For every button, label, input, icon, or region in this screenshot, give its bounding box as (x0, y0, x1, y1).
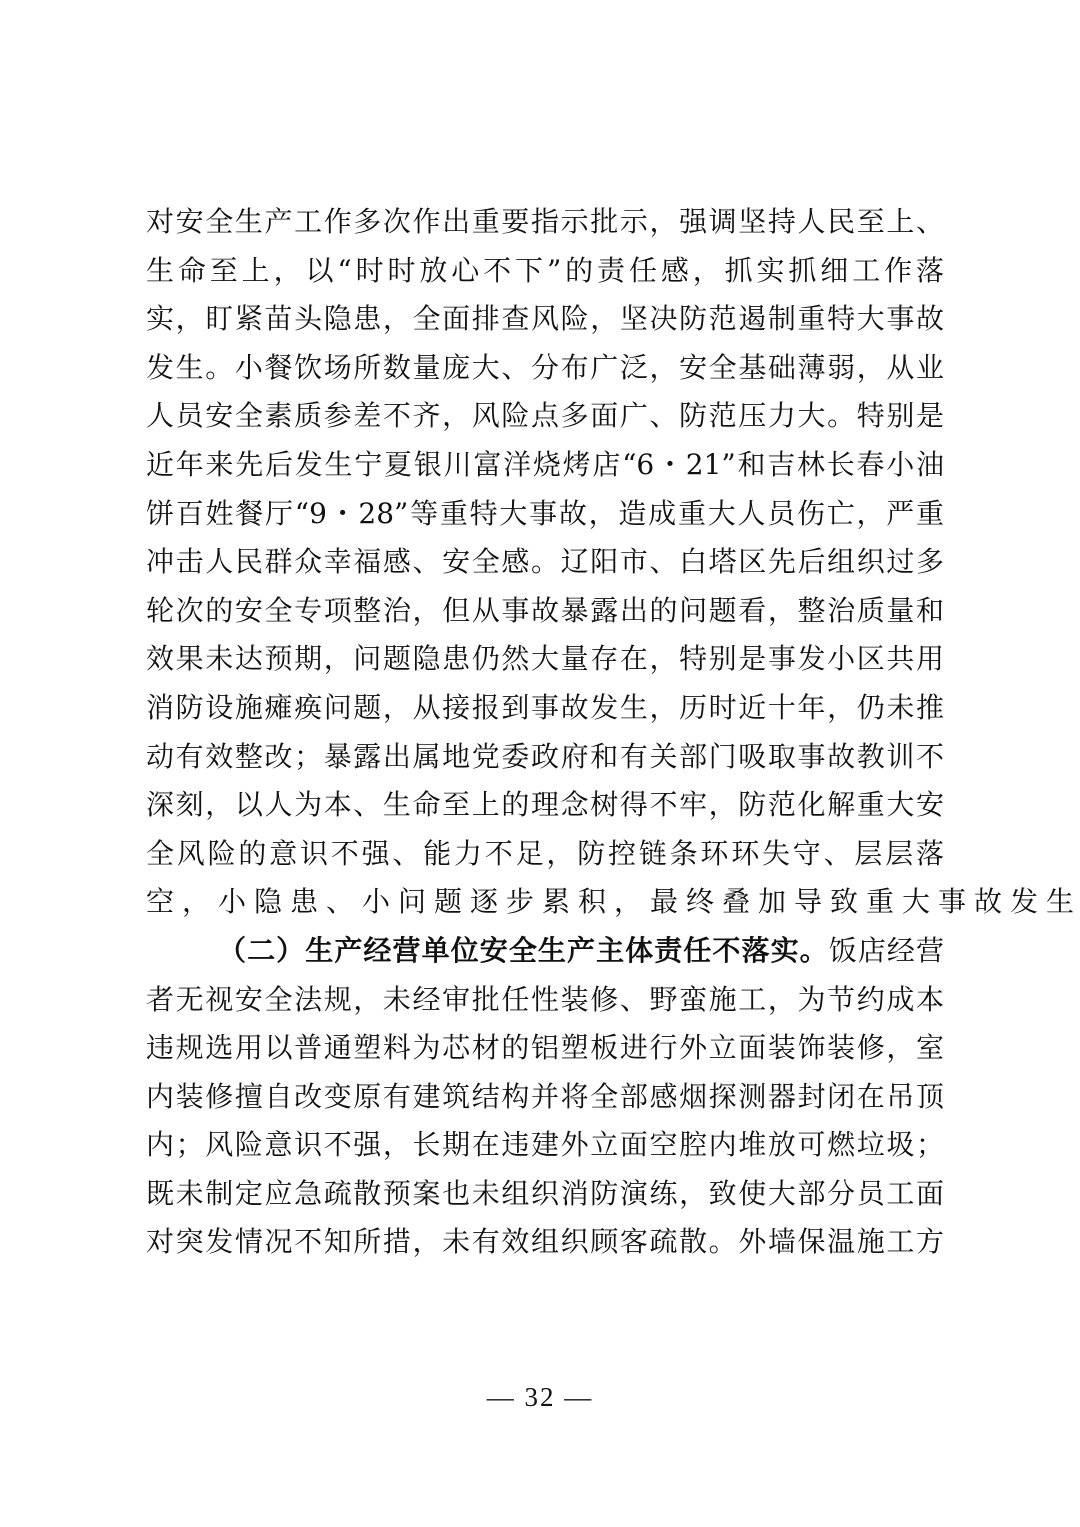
text-line: 近年来先后发生宁夏银川富洋烧烤店“6・21”和吉林长春小油 (146, 441, 944, 490)
section-heading: （二）生产经营单位安全生产主体责任不落实。 (218, 934, 829, 967)
text-line: 对安全生产工作多次作出重要指示批示，强调坚持人民至上、 (146, 198, 944, 247)
body-text: 对安全生产工作多次作出重要指示批示，强调坚持人民至上、 生命至上，以“时时放心不… (146, 198, 944, 1267)
document-page: 对安全生产工作多次作出重要指示批示，强调坚持人民至上、 生命至上，以“时时放心不… (0, 0, 1080, 1527)
page-number: — 32 — (0, 1382, 1080, 1413)
text-line: 空，小隐患、小问题逐步累积，最终叠加导致重大事故发生。 (146, 878, 944, 927)
text-line: 实，盯紧苗头隐患，全面排查风险，坚决防范遏制重特大事故 (146, 295, 944, 344)
text-line: 发生。小餐饮场所数量庞大、分布广泛，安全基础薄弱，从业 (146, 344, 944, 393)
text-line: 饼百姓餐厅“9・28”等重特大事故，造成重大人员伤亡，严重 (146, 490, 944, 539)
text-line: 既未制定应急疏散预案也未组织消防演练，致使大部分员工面 (146, 1170, 944, 1219)
text-line: 冲击人民群众幸福感、安全感。辽阳市、白塔区先后组织过多 (146, 538, 944, 587)
text-line: 全风险的意识不强、能力不足，防控链条环环失守、层层落 (146, 830, 944, 879)
text-line: 对突发情况不知所措，未有效组织顾客疏散。外墙保温施工方 (146, 1218, 944, 1267)
text-line: 轮次的安全专项整治，但从事故暴露出的问题看，整治质量和 (146, 587, 944, 636)
text-line: 生命至上，以“时时放心不下”的责任感，抓实抓细工作落 (146, 247, 944, 296)
text-line: 效果未达预期，问题隐患仍然大量存在，特别是事发小区共用 (146, 635, 944, 684)
text-line: 人员安全素质参差不齐，风险点多面广、防范压力大。特别是 (146, 392, 944, 441)
text-line: 消防设施瘫痪问题，从接报到事故发生，历时近十年，仍未推 (146, 684, 944, 733)
text-line: 违规选用以普通塑料为芯材的铝塑板进行外立面装饰装修，室 (146, 1024, 944, 1073)
text-line: 动有效整改；暴露出属地党委政府和有关部门吸取事故教训不 (146, 733, 944, 782)
text-line: 深刻，以人为本、生命至上的理念树得不牢，防范化解重大安 (146, 781, 944, 830)
text-line: 者无视安全法规，未经审批任性装修、野蛮施工，为节约成本 (146, 976, 944, 1025)
text-line: 内装修擅自改变原有建筑结构并将全部感烟探测器封闭在吊顶 (146, 1073, 944, 1122)
section-heading-line: （二）生产经营单位安全生产主体责任不落实。饭店经营 (146, 927, 944, 976)
heading-line-rest: 饭店经营 (829, 934, 944, 967)
text-line: 内；风险意识不强，长期在违建外立面空腔内堆放可燃垃圾； (146, 1121, 944, 1170)
